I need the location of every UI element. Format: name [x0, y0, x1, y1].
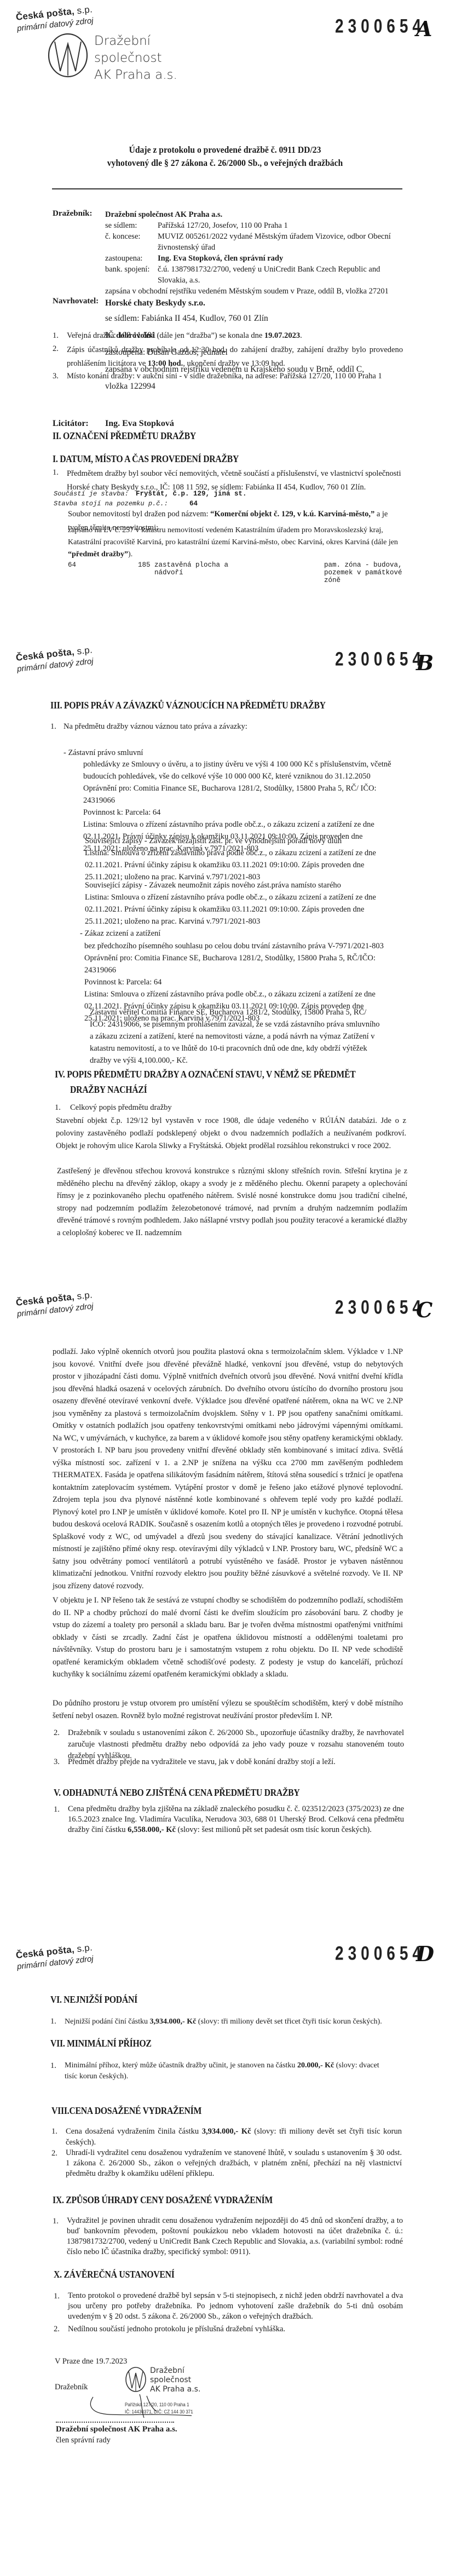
lowest-bid: 3,934.000,- Kč	[150, 2018, 197, 2026]
s4-item3-number: 3.	[54, 1756, 66, 1768]
registry-bold: “předmět dražby”	[68, 550, 128, 558]
building-label: Součástí je stavba:	[54, 490, 129, 498]
page-b: Česká pošta, s.p. primární datový zdroj …	[0, 641, 450, 1270]
s2-named-title: “Komerční objekt č. 129, v k.ú. Karviná-…	[210, 510, 374, 518]
s8-item1-text: Cena dosažená vydražením činila částku 3…	[66, 2126, 402, 2148]
s1-item1-post: .	[300, 331, 302, 340]
logo-line-3: AK Praha a.s.	[94, 67, 177, 84]
signatory-company: Dražební společnost AK Praha a.s.	[56, 2425, 177, 2434]
bank-value: č.ú. 1387981732/2700, vedený u UniCredit…	[158, 264, 401, 286]
document-number: 2300654	[335, 648, 425, 670]
auctioneer-name: Dražební společnost AK Praha a.s.	[105, 209, 401, 220]
postal-stamp: Česká pošta, s.p. primární datový zdroj	[15, 1942, 94, 1971]
s7-pre: Minimální příhoz, který může účastník dr…	[65, 2061, 297, 2070]
stamp-org-suffix: s.p.	[77, 1942, 93, 1954]
logo-mark-icon	[47, 33, 89, 78]
section-1-heading: I. DATUM, MÍSTO A ČAS PROVEDENÍ DRAŽBY	[53, 453, 239, 465]
stands-value: 64	[189, 500, 198, 508]
postal-stamp: Česká pošta, s.p. primární datový zdroj	[15, 1289, 94, 1318]
s6-item1-number: 1.	[50, 2016, 62, 2027]
auctioneer-block: Dražební společnost AK Praha a.s. se síd…	[105, 209, 401, 297]
stamp-org-suffix: s.p.	[77, 1289, 93, 1301]
minimum-increment: 20.000,- Kč	[297, 2061, 334, 2070]
ban-line-2: Oprávnění pro: Comitia Finance SE, Bucha…	[84, 952, 396, 976]
s4-para-1: Stavební objekt č.p. 129/12 byl vystavěn…	[56, 1115, 406, 1152]
postal-stamp: Česká pošta, s.p. primární datový zdroj	[15, 4, 94, 33]
s10-item1-number: 1.	[54, 2291, 66, 2302]
s4-para-2a: Zastřešený je dřevěnou střechou krovová …	[57, 1165, 407, 1239]
page-c: Česká pošta, s.p. primární datový zdroj …	[0, 1281, 450, 1922]
document-number: 2300654	[335, 15, 425, 37]
document-number: 2300654	[335, 1943, 425, 1964]
related-entry-1: Související zápisy - Závazek nezajistit …	[85, 835, 391, 883]
stamp-org-suffix: s.p.	[77, 644, 93, 656]
signatory-role: člen správní rady	[56, 2436, 111, 2445]
s9-item1-text: Vydražitel je povinen uhradit cenu dosaž…	[67, 2216, 403, 2257]
s4-para-3: V objektu je I. NP řešeno tak že sestává…	[53, 1594, 403, 1681]
title-divider	[52, 188, 402, 189]
logo-line-2: společnost	[94, 50, 177, 67]
signature-scribble-icon	[88, 2391, 203, 2419]
lien-line-2: Oprávnění pro: Comitia Finance SE, Bucha…	[83, 782, 395, 806]
title-line-2: vyhotovený dle § 27 zákona č. 26/2000 Sb…	[18, 157, 432, 170]
s8-pre: Cena dosažená vydražením činila částku	[66, 2127, 202, 2136]
s1-item1-number: 1.	[53, 330, 65, 342]
company-logo: Dražební společnost AK Praha a.s.	[47, 33, 177, 84]
s1-item1-text: Veřejná dražba dobrovolná (dále jen “dra…	[67, 330, 403, 342]
signatory-role-label: Dražebník	[55, 2382, 88, 2393]
estimated-price: 6,558.000,- Kč	[128, 1825, 176, 1834]
section-3-heading: III. POPIS PRÁV A ZÁVAZKŮ VÁZNOUCÍCH NA …	[50, 700, 326, 711]
s5-post: (slovy: šest milionů pět set padesát osm…	[176, 1825, 372, 1834]
stamp-line-2: společnost	[150, 2376, 200, 2385]
s8-item2-number: 2.	[51, 2148, 64, 2159]
stands-label: Stavba stojí na pozemku p.č.:	[54, 500, 168, 508]
page-letter: D	[416, 1941, 434, 1966]
s1-item1-date: 19.07.2023	[264, 331, 300, 340]
section-2-heading: II. OZNAČENÍ PŘEDMĚTU DRAŽBY	[53, 430, 196, 442]
section-5-heading: V. ODHADNUTÁ NEBO ZJIŠTĚNÁ CENA PŘEDMĚTU…	[54, 1787, 300, 1799]
lien-line-3: Povinnost k: Parcela: 64	[83, 806, 395, 819]
section-4-heading-line-2: DRAŽBY NACHÁZÍ	[70, 1084, 147, 1096]
document-title: Údaje z protokolu o provedené dražbě č. …	[18, 143, 432, 170]
s1-item1-mid: (dále jen “dražba”) se konala dne	[155, 331, 264, 340]
bank-label: bank. spojení:	[105, 264, 158, 286]
place-date: V Praze dne 19.7.2023	[55, 2356, 127, 2367]
title-line-1: Údaje z protokolu o provedené dražbě č. …	[18, 143, 432, 157]
s4-item3-text: Předmět dražby přejde na vydražitele ve …	[68, 1756, 404, 1768]
auctioneer-register: zapsána v obchodní rejstříku vedeném Měs…	[105, 286, 401, 297]
s1-item1-pre: Veřejná dražba	[67, 331, 116, 340]
s4-para-2b: podlaží. Jako výplně okenních otvorů jso…	[53, 1346, 403, 1592]
stamp-org-suffix: s.p.	[77, 4, 93, 16]
s4-para-4: Do půdního prostoru je vstup otvorem pro…	[53, 1697, 403, 1722]
registry-post: ).	[128, 550, 132, 558]
creditor-note: Zástavní věřitel Comitia Finance SE, Buc…	[90, 1006, 380, 1067]
rep-label: zastoupena:	[105, 253, 158, 264]
lien-line-1: pohledávky ze Smlouvy o úvěru, a to jist…	[83, 758, 395, 782]
proposer-label: Navrhovatel:	[53, 297, 99, 306]
company-stamp: Dražební společnost AK Praha a.s.	[125, 2366, 200, 2394]
s2-named-pre: Soubor nemovitostí byl dražen pod názvem…	[68, 510, 210, 518]
s5-item1-text: Cena předmětu dražby byla zjištěna na zá…	[68, 1804, 404, 1835]
ban-line-1: bez předchozího písemného souhlasu po ce…	[84, 940, 396, 952]
page-letter: C	[416, 1298, 432, 1322]
s8-item2-text: Uhradí-li vydražitel cenu dosaženou vydr…	[66, 2148, 402, 2179]
s4-item2-number: 2.	[54, 1727, 66, 1739]
related-2-title: Související zápisy - Závazek neumožnit z…	[85, 879, 391, 891]
s1-item3-number: 3.	[53, 371, 65, 382]
s1-item2-mid: , ukončení dražby ve 13:09 hod.	[183, 359, 285, 368]
s10-item1-text: Tento protokol o provedené dražbě byl se…	[68, 2291, 403, 2322]
s3-item1-number: 1.	[50, 721, 62, 733]
licitator-label: Licitátor:	[53, 419, 89, 429]
related-entry-2: Související zápisy - Závazek neumožnit z…	[85, 879, 391, 927]
related-1-text: Listina: Smlouva o zřízení zástavního pr…	[85, 847, 391, 883]
building-value: Fryštát, č.p. 129, jiná st.	[136, 490, 247, 498]
parcel-type: zastavěná plocha a nádvoří	[154, 561, 231, 577]
page-letter: A	[416, 16, 432, 41]
seat-label: se sídlem:	[105, 220, 158, 231]
license-value: MUVIZ 005261/2022 vydané Městským úřadem…	[158, 231, 401, 253]
section-8-heading: VIII.CENA DOSAŽENÉ VYDRAŽENÍM	[51, 2105, 201, 2117]
page-letter: B	[416, 650, 434, 675]
proposer-seat: se sídlem: Fabiánka II 454, Kudlov, 760 …	[105, 310, 379, 327]
seat-value: Pařížská 127/20, Josefov, 110 00 Praha 1	[158, 220, 288, 231]
parcel-number: 64	[68, 561, 76, 569]
s6-item1-text: Nejnižší podání činí částku 3,934.000,- …	[65, 2016, 404, 2027]
s10-item2-number: 2.	[54, 2324, 66, 2335]
ban-title: - Zákaz zcizení a zatížení	[80, 928, 160, 940]
section-4-heading-line-1: IV. POPIS PŘEDMĚTU DRAŽBY A OZNAČENÍ STA…	[55, 1069, 355, 1080]
s1-item2-text: Zápis účastníků dražby probíhala od 12:3…	[67, 343, 403, 371]
s1-item3-text: Místo konání dražby: v aukční síni - v s…	[67, 371, 403, 382]
achieved-price: 3,934.000,- Kč	[202, 2127, 251, 2136]
s5-item1-number: 1.	[54, 1804, 66, 1816]
ban-line-3: Povinnost k: Parcela: 64	[84, 976, 396, 988]
s4-item1-title: Celkový popis předmětu dražby	[70, 1102, 172, 1114]
stamp-line-1: Dražební	[150, 2366, 200, 2376]
section-7-heading: VII. MINIMÁLNÍ PŘÍHOZ	[50, 2038, 152, 2049]
s2-item1-number: 1.	[53, 467, 65, 479]
s3-item1-text: Na předmětu dražby váznou váznou tato pr…	[64, 721, 392, 733]
license-label: č. koncese:	[105, 231, 158, 253]
section-6-heading: VI. NEJNIŽŠÍ PODÁNÍ	[50, 1994, 137, 2006]
parcel-protection: pam. zóna - budova, pozemek v památkové …	[324, 561, 406, 584]
related-1-title: Související zápisy - Závazek nezajistit …	[85, 835, 391, 847]
s6-post: (slovy: tři miliony devět set třicet čty…	[196, 2018, 382, 2026]
s1-item1-bold1: dobrovolná	[116, 331, 155, 340]
logo-line-1: Dražební	[94, 33, 177, 50]
parcel-area: 185	[138, 561, 151, 569]
s8-item1-number: 1.	[51, 2126, 64, 2137]
s1-item2-bold: 13:00 hod.	[148, 359, 183, 368]
lien-title: - Zástavní právo smluvní	[64, 747, 143, 759]
stamp-logo-icon	[125, 2366, 147, 2393]
s7-item1-number: 1.	[50, 2060, 62, 2072]
page-d: Česká pošta, s.p. primární datový zdroj …	[0, 1927, 450, 2576]
section-10-heading: X. ZÁVĚREČNÁ USTANOVENÍ	[54, 2269, 175, 2280]
section-9-heading: IX. ZPŮSOB ÚHRADY CENY DOSAŽENÉ VYDRAŽEN…	[53, 2194, 273, 2206]
s6-pre: Nejnižší podání činí částku	[65, 2018, 150, 2026]
licitator-name: Ing. Eva Stopková	[105, 419, 174, 429]
registry-pre: zapsáno na LV č. 257 v katastru nemovito…	[68, 526, 398, 546]
s9-item1-number: 1.	[53, 2216, 65, 2227]
postal-stamp: Česká pošta, s.p. primární datový zdroj	[15, 644, 94, 673]
signature-line	[56, 2422, 174, 2423]
auctioneer-label: Dražebník:	[53, 209, 93, 218]
document-number: 2300654	[335, 1296, 425, 1318]
s4-item1-number: 1.	[55, 1102, 67, 1114]
s7-item1-text: Minimální příhoz, který může účastník dr…	[65, 2060, 393, 2082]
rep-value: Ing. Eva Stopková, člen správní rady	[158, 253, 283, 264]
registry-note: zapsáno na LV č. 257 v katastru nemovito…	[68, 525, 403, 561]
related-2-text: Listina: Smlouva o zřízení zástavního pr…	[85, 891, 391, 927]
s10-item2-text: Nedílnou součástí jednoho protokolu je p…	[68, 2324, 403, 2335]
s1-item2-number: 2.	[53, 343, 65, 355]
proposer-name: Horské chaty Beskydy s.r.o.	[105, 297, 379, 310]
